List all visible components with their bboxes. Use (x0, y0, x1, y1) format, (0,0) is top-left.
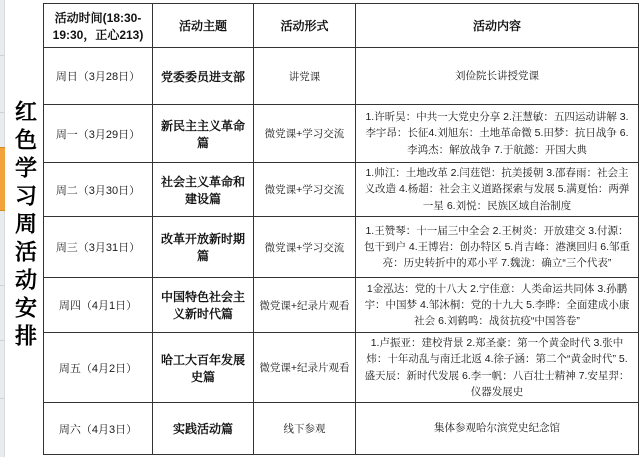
schedule-row: 周一（3月29日） 新民主主义革命篇 微党课+学习交流 1.许昕昊：中共一大党史… (44, 105, 639, 163)
date-cell: 周二（3月30日） (44, 163, 153, 217)
strip-divider (0, 112, 5, 113)
form-cell: 线下参观 (254, 403, 356, 455)
theme-cell: 实践活动篇 (153, 403, 254, 455)
col-header-time: 活动时间(18:30-19:30，正心213) (44, 4, 153, 48)
header-row: 活动时间(18:30-19:30，正心213) 活动主题 活动形式 活动内容 (44, 4, 639, 48)
content-cell: 1.卢振亚：建校背景 2.郑圣豪：第一个黄金时代 3.张中炜：十年动乱与南迁北返… (356, 333, 639, 403)
date-cell: 周四（4月1日） (44, 278, 153, 333)
schedule-row: 周五（4月2日） 哈工大百年发展史篇 微党课+纪录片观看 1.卢振亚：建校背景 … (44, 333, 639, 403)
form-cell: 微党课+学习交流 (254, 163, 356, 217)
date-cell: 周一（3月29日） (44, 105, 153, 163)
col-header-content: 活动内容 (356, 4, 639, 48)
col-header-form: 活动形式 (254, 4, 356, 48)
page-body: 红色学习周活动安排 活动时间(18:30-19:30，正心213) 活动主题 活… (6, 0, 639, 455)
vertical-title-column: 红色学习周活动安排 (6, 0, 43, 452)
content-cell: 刘俭院长讲授党课 (356, 48, 639, 105)
content-cell: 集体参观哈尔滨党史纪念馆 (356, 403, 639, 455)
date-cell: 周日（3月28日） (44, 48, 153, 105)
theme-cell: 改革开放新时期篇 (153, 217, 254, 278)
strip-divider (0, 340, 5, 341)
strip-divider (0, 398, 5, 399)
form-cell: 微党课+纪录片观看 (254, 333, 356, 403)
date-cell: 周六（4月3日） (44, 403, 153, 455)
col-header-theme: 活动主题 (153, 4, 254, 48)
content-cell: 1.帅江：土地改革 2.闫莛铠：抗美援朝 3.邵春雨：社会主义改造 4.杨超：社… (356, 163, 639, 217)
form-cell: 微党课+学习交流 (254, 217, 356, 278)
form-cell: 讲党课 (254, 48, 356, 105)
theme-cell: 中国特色社会主义新时代篇 (153, 278, 254, 333)
schedule-table: 活动时间(18:30-19:30，正心213) 活动主题 活动形式 活动内容 周… (43, 3, 639, 455)
edge-scrollbar-thumb[interactable] (0, 147, 5, 211)
theme-cell: 社会主义革命和建设篇 (153, 163, 254, 217)
form-cell: 微党课+纪录片观看 (254, 278, 356, 333)
schedule-row: 周六（4月3日） 实践活动篇 线下参观 集体参观哈尔滨党史纪念馆 (44, 403, 639, 455)
schedule-row: 周四（4月1日） 中国特色社会主义新时代篇 微党课+纪录片观看 1金泓达：党的十… (44, 278, 639, 333)
schedule-row: 周三（3月31日） 改革开放新时期篇 微党课+学习交流 1.王赞琴：十一届三中全… (44, 217, 639, 278)
strip-divider (0, 55, 5, 56)
theme-cell: 党委委员进支部 (153, 48, 254, 105)
app-edge-strip (0, 0, 5, 457)
schedule-row: 周二（3月30日） 社会主义革命和建设篇 微党课+学习交流 1.帅江：土地改革 … (44, 163, 639, 217)
page-title: 红色学习周活动安排 (14, 100, 36, 352)
content-cell: 1.王赞琴：十一届三中全会 2.王树炎：开放建交 3.付源：包干到户 4.王博岩… (356, 217, 639, 278)
content-cell: 1.许昕昊：中共一大党史分享 2.汪慧敏：五四运动讲解 3.李宇昂：长征4.刘旭… (356, 105, 639, 163)
theme-cell: 新民主主义革命篇 (153, 105, 254, 163)
strip-divider (0, 285, 5, 286)
content-cell: 1金泓达：党的十八大 2.宁佳意：人类命运共同体 3.孙鹏宇：中国梦 4.邹沐桐… (356, 278, 639, 333)
schedule-row: 周日（3月28日） 党委委员进支部 讲党课 刘俭院长讲授党课 (44, 48, 639, 105)
form-cell: 微党课+学习交流 (254, 105, 356, 163)
date-cell: 周三（3月31日） (44, 217, 153, 278)
date-cell: 周五（4月2日） (44, 333, 153, 403)
theme-cell: 哈工大百年发展史篇 (153, 333, 254, 403)
